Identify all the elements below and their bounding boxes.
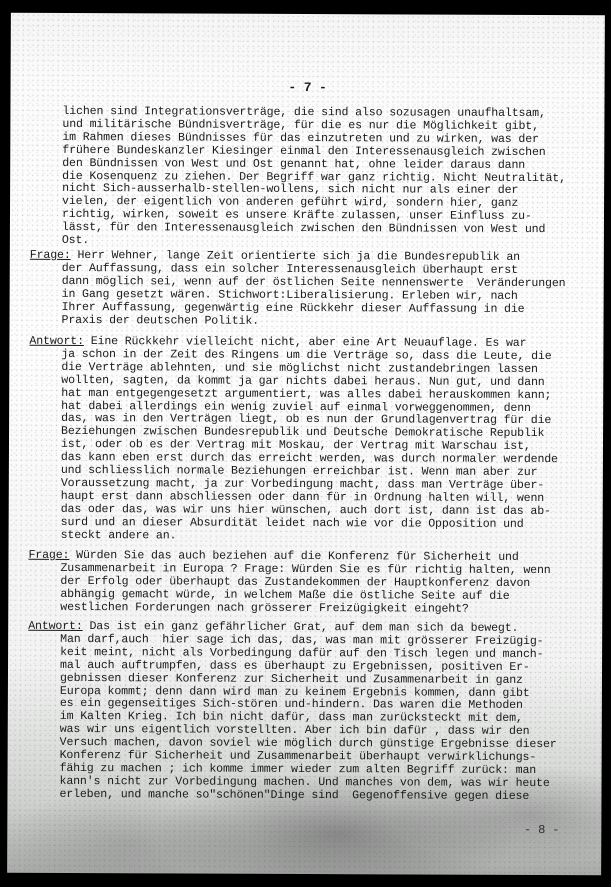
typewritten-document: - 7 - lichen sind Integrationsverträge, … [7,13,605,876]
question-2: Frage: Würden Sie das auch beziehen auf … [28,550,588,617]
text-line: lässt, für den Interessenausgleich zwisc… [62,222,611,237]
text-line: Ost. [62,235,611,250]
text-line: Praxis der deutschen Politik. [30,314,590,329]
text-line: westlichen Forderungen nach grösserer Fr… [28,601,588,616]
question-label: Frage: [28,549,69,562]
answer-label: Antwort: [28,620,83,633]
question-1: Frage: Herr Wehner, lange Zeit orientier… [30,250,590,330]
question-label: Frage: [30,249,71,262]
answer-2: Antwort: Das ist ein ganz gefährlicher G… [27,621,588,804]
answer-label: Antwort: [29,335,84,348]
text-line: erleben, und manche so"schönen"Dinge sin… [27,789,587,804]
intro-paragraph: lichen sind Integrationsverträge, die si… [62,106,611,250]
text-line: steckt andere an. [29,529,589,544]
scanned-page: - 7 - lichen sind Integrationsverträge, … [7,13,605,876]
next-page-marker: - 8 - [524,824,559,837]
page-number: - 7 - [11,81,605,96]
answer-1: Antwort: Eine Rückkehr vielleicht nicht,… [29,336,590,545]
